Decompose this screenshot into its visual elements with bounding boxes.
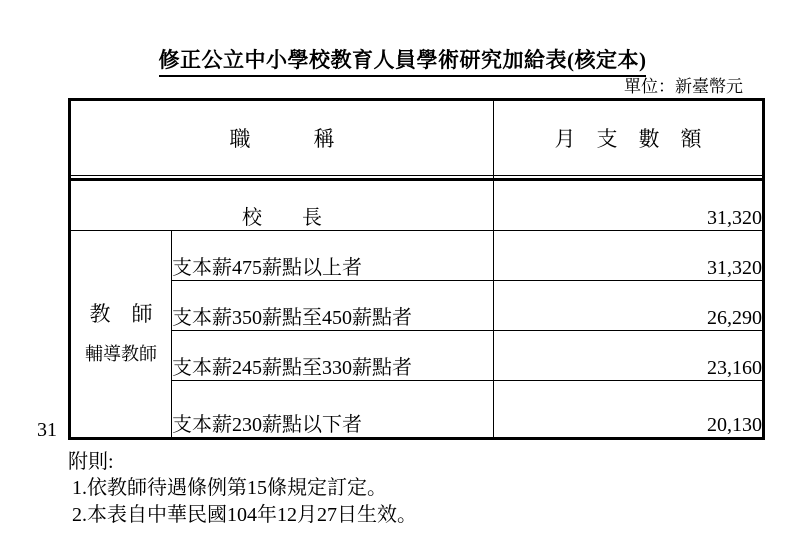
notes-heading: 附則: (68, 449, 417, 475)
table-row-teacher-2: 支本薪350薪點至450薪點者 26,290 (70, 281, 764, 331)
header-cell-position: 職 稱 (70, 100, 494, 176)
page-number: 31 (37, 419, 57, 441)
cell-amount: 31,320 (494, 231, 764, 281)
cell-salary-band: 支本薪475薪點以上者 (172, 231, 494, 281)
table-row-teacher-3: 支本薪245薪點至330薪點者 23,160 (70, 331, 764, 381)
teacher-label-line1: 教 師 (71, 301, 171, 327)
cell-amount: 26,290 (494, 281, 764, 331)
table-row-teacher-1: 教 師 輔導教師 支本薪475薪點以上者 31,320 (70, 231, 764, 281)
table-row-teacher-4: 支本薪230薪點以下者 20,130 (70, 381, 764, 439)
cell-principal-amount: 31,320 (494, 180, 764, 231)
cell-amount: 23,160 (494, 331, 764, 381)
table-header-row: 職 稱 月 支 數 額 (70, 100, 764, 176)
cell-teacher-group-label: 教 師 輔導教師 (70, 231, 172, 439)
unit-label: 單位：新臺幣元 (624, 72, 743, 97)
cell-salary-band: 支本薪350薪點至450薪點者 (172, 281, 494, 331)
cell-salary-band: 支本薪245薪點至330薪點者 (172, 331, 494, 381)
table-row-principal: 校 長 31,320 (70, 180, 764, 231)
teacher-label-line2: 輔導教師 (71, 342, 171, 367)
cell-principal-label: 校 長 (70, 180, 494, 231)
cell-salary-band: 支本薪230薪點以下者 (172, 381, 494, 439)
header-cell-amount: 月 支 數 額 (494, 100, 764, 176)
document-title: 修正公立中小學校教育人員學術研究加給表(核定本) (159, 44, 647, 77)
supplementary-notes: 附則: 1.依教師待遇條例第15條規定訂定。 2.本表自中華民國104年12月2… (68, 449, 417, 529)
cell-amount: 20,130 (494, 381, 764, 439)
note-item: 1.依教師待遇條例第15條規定訂定。 (68, 475, 417, 502)
salary-table: 職 稱 月 支 數 額 校 長 31,320 教 師 輔導教師 支本薪475薪點… (68, 98, 765, 440)
note-item: 2.本表自中華民國104年12月27日生效。 (68, 502, 417, 529)
document-page: 31 修正公立中小學校教育人員學術研究加給表(核定本) 單位：新臺幣元 職 稱 … (0, 0, 805, 559)
